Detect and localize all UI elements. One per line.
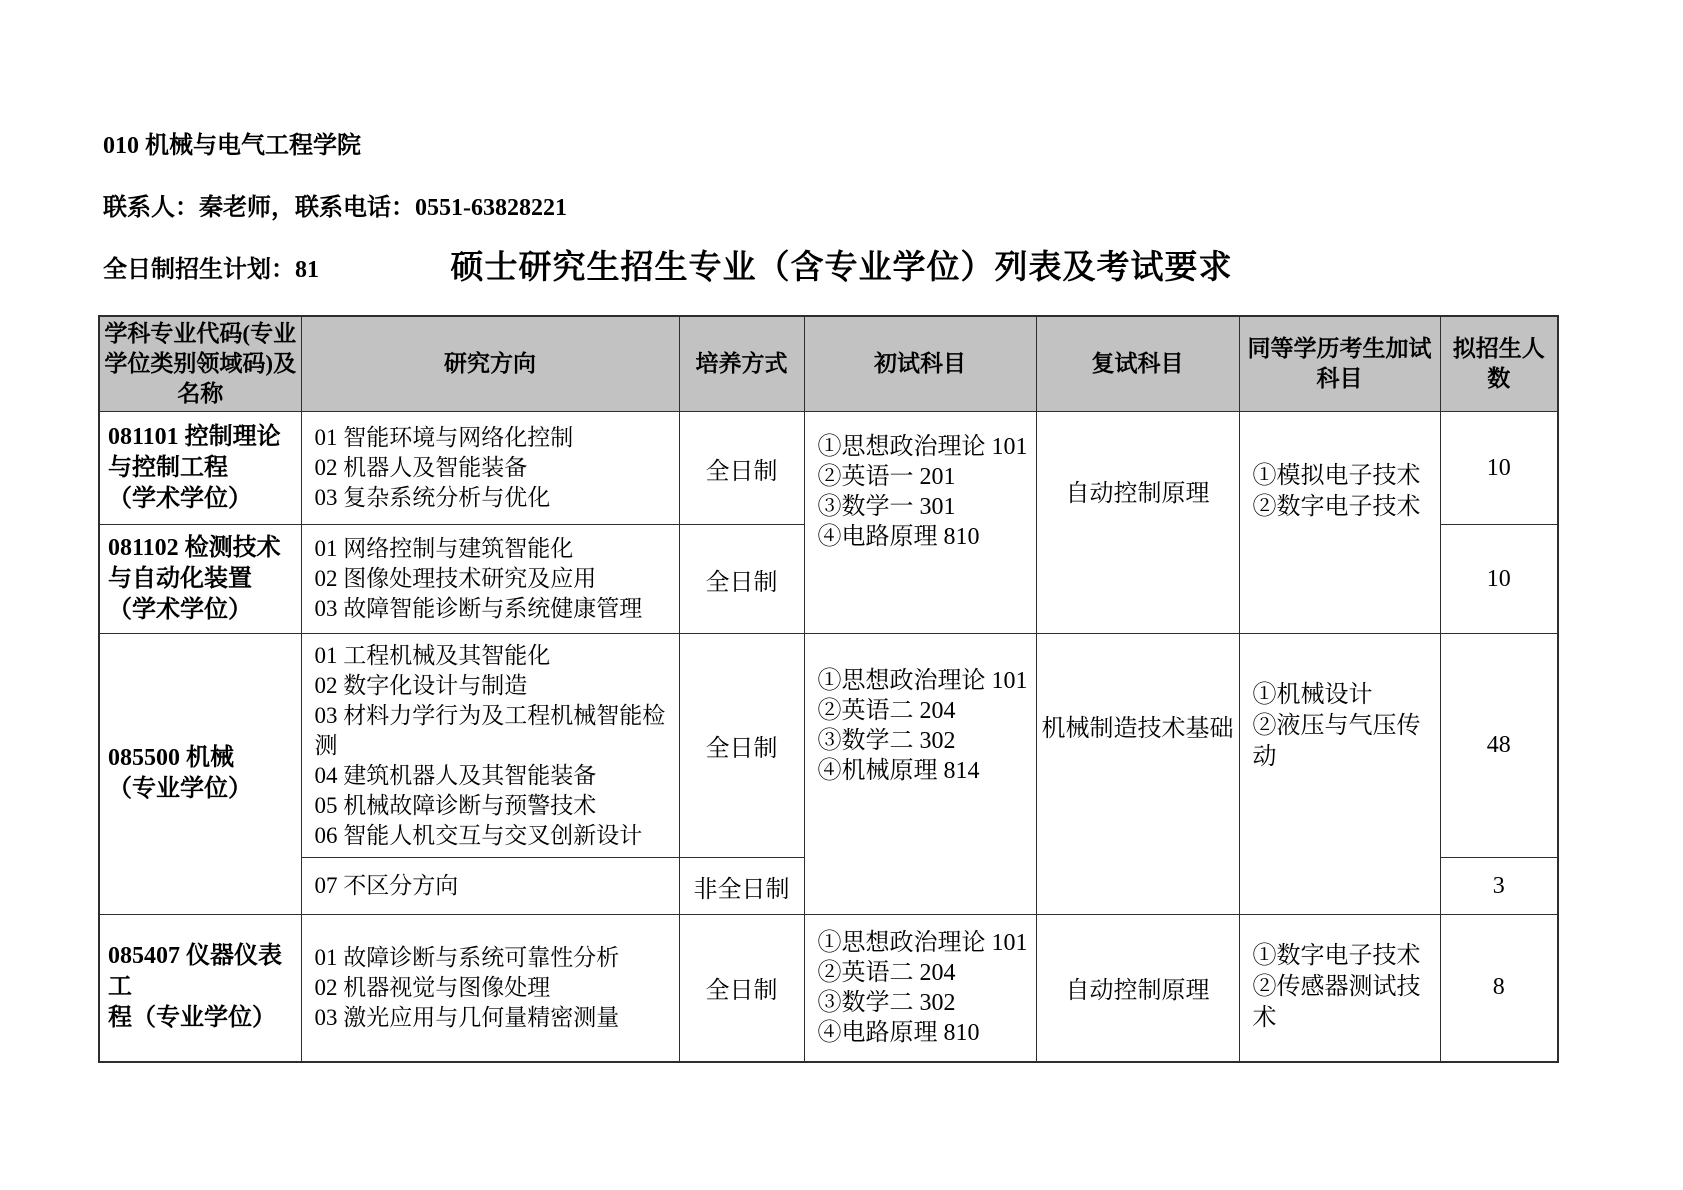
initial-exam-cell-academic: ①思想政治理论 101 ②英语一 201 ③数学一 301 ④电路原理 810 [804, 412, 1036, 634]
document-page: 010 机械与电气工程学院 联系人：秦老师，联系电话：0551-63828221… [0, 0, 1683, 1190]
retest-cell-academic: 自动控制原理 [1036, 412, 1239, 634]
quota-cell-085500-parttime: 3 [1440, 858, 1558, 915]
quota-cell-081101: 10 [1440, 412, 1558, 525]
additional-exam-cell-085407: ①数字电子技术 ②传感器测试技术 [1239, 915, 1440, 1062]
header-row: 学科专业代码(专业 学位类别领域码)及 名称 研究方向 培养方式 初试科目 复试… [99, 316, 1558, 412]
admissions-table: 学科专业代码(专业 学位类别领域码)及 名称 研究方向 培养方式 初试科目 复试… [98, 315, 1559, 1063]
contact-line: 联系人：秦老师，联系电话：0551-63828221 [103, 193, 567, 224]
code-cell-081102: 081102 检测技术 与自动化装置 （学术学位） [99, 525, 301, 634]
mode-cell-081102: 全日制 [679, 525, 804, 634]
col-header-quota: 拟招生人 数 [1440, 316, 1558, 412]
row-085500-fulltime: 085500 机械 （专业学位） 01 工程机械及其智能化 02 数字化设计与制… [99, 634, 1558, 858]
row-081101: 081101 控制理论 与控制工程 （学术学位） 01 智能环境与网络化控制 0… [99, 412, 1558, 525]
mode-cell-085500-fulltime: 全日制 [679, 634, 804, 858]
initial-exam-cell-085500: ①思想政治理论 101 ②英语二 204 ③数学二 302 ④机械原理 814 [804, 634, 1036, 915]
col-header-direction: 研究方向 [301, 316, 679, 412]
mode-cell-085407: 全日制 [679, 915, 804, 1062]
mode-cell-081101: 全日制 [679, 412, 804, 525]
directions-cell-085500-fulltime: 01 工程机械及其智能化 02 数字化设计与制造 03 材料力学行为及工程机械智… [301, 634, 679, 858]
quota-cell-085407: 8 [1440, 915, 1558, 1062]
retest-cell-085407: 自动控制原理 [1036, 915, 1239, 1062]
directions-cell-081101: 01 智能环境与网络化控制 02 机器人及智能装备 03 复杂系统分析与优化 [301, 412, 679, 525]
additional-exam-cell-academic: ①模拟电子技术 ②数字电子技术 [1239, 412, 1440, 634]
code-cell-081101: 081101 控制理论 与控制工程 （学术学位） [99, 412, 301, 525]
directions-cell-085407: 01 故障诊断与系统可靠性分析 02 机器视觉与图像处理 03 激光应用与几何量… [301, 915, 679, 1062]
initial-exam-cell-085407: ①思想政治理论 101 ②英语二 204 ③数学二 302 ④电路原理 810 [804, 915, 1036, 1062]
quota-cell-081102: 10 [1440, 525, 1558, 634]
doc-title: 硕士研究生招生专业（含专业学位）列表及考试要求 [0, 241, 1683, 288]
quota-cell-085500-fulltime: 48 [1440, 634, 1558, 858]
col-header-initial-exam: 初试科目 [804, 316, 1036, 412]
additional-exam-cell-085500: ①机械设计 ②液压与气压传动 [1239, 634, 1440, 915]
row-085407: 085407 仪器仪表工 程（专业学位） 01 故障诊断与系统可靠性分析 02 … [99, 915, 1558, 1062]
code-cell-085407: 085407 仪器仪表工 程（专业学位） [99, 915, 301, 1062]
code-cell-085500: 085500 机械 （专业学位） [99, 634, 301, 915]
mode-cell-085500-parttime: 非全日制 [679, 858, 804, 915]
col-header-mode: 培养方式 [679, 316, 804, 412]
dept-line: 010 机械与电气工程学院 [103, 131, 567, 162]
col-header-code: 学科专业代码(专业 学位类别领域码)及 名称 [99, 316, 301, 412]
retest-cell-085500: 机械制造技术基础 [1036, 634, 1239, 915]
directions-cell-085500-parttime: 07 不区分方向 [301, 858, 679, 915]
directions-cell-081102: 01 网络控制与建筑智能化 02 图像处理技术研究及应用 03 故障智能诊断与系… [301, 525, 679, 634]
col-header-additional-exam: 同等学历考生加试 科目 [1239, 316, 1440, 412]
col-header-retest: 复试科目 [1036, 316, 1239, 412]
